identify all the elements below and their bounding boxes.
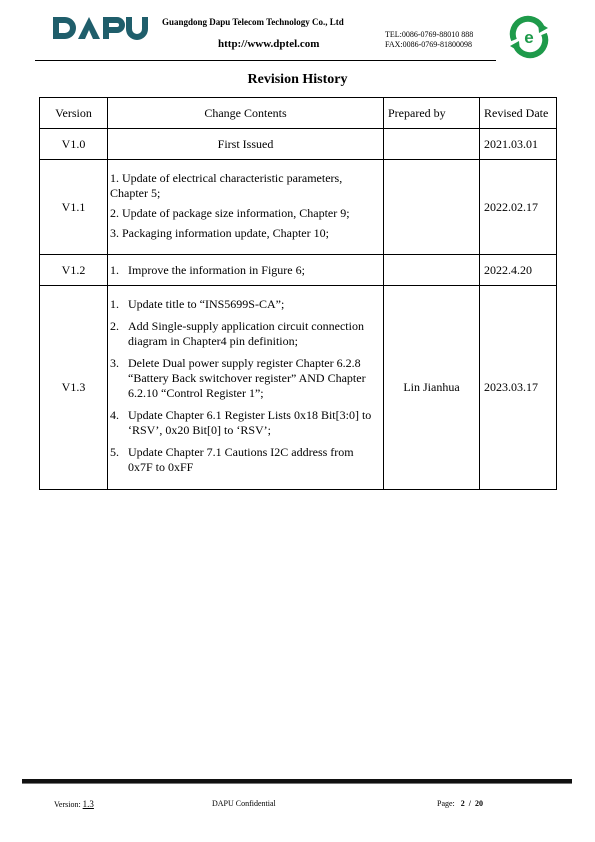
- item-text: Improve the information in Figure 6;: [128, 263, 379, 278]
- changes-cell: 1. Update title to “INS5699S-CA”; 2. Add…: [108, 286, 384, 490]
- version-cell: V1.0: [40, 129, 108, 160]
- item-text: Add Single-supply application circuit co…: [128, 319, 379, 349]
- header-version: Version: [40, 98, 108, 129]
- prepared-by-cell: Lin Jianhua: [384, 286, 480, 490]
- footer-version: Version: 1.3: [54, 799, 94, 809]
- change-item: 2. Add Single-supply application circuit…: [110, 319, 379, 349]
- footer-page-number: Page: 2 / 20: [437, 799, 483, 808]
- page-current: 2: [461, 799, 465, 808]
- revision-history-table: Version Change Contents Prepared by Revi…: [39, 97, 557, 490]
- item-text: Update Chapter 7.1 Cautions I2C address …: [128, 445, 379, 475]
- changes-cell: First Issued: [108, 129, 384, 160]
- change-item: 4. Update Chapter 6.1 Register Lists 0x1…: [110, 408, 379, 438]
- date-cell: 2022.02.17: [480, 160, 557, 255]
- changes-cell: 1. Improve the information in Figure 6;: [108, 255, 384, 286]
- item-number: 3.: [110, 356, 128, 401]
- table-header-row: Version Change Contents Prepared by Revi…: [40, 98, 557, 129]
- item-text: Update Chapter 6.1 Register Lists 0x18 B…: [128, 408, 379, 438]
- header-divider: [35, 60, 496, 61]
- table-row: V1.2 1. Improve the information in Figur…: [40, 255, 557, 286]
- change-item: 3. Delete Dual power supply register Cha…: [110, 356, 379, 401]
- footer-confidential: DAPU Confidential: [212, 799, 276, 808]
- page-title: Revision History: [0, 72, 595, 88]
- version-cell: V1.3: [40, 286, 108, 490]
- contact-info: TEL:0086-0769-88010 888 FAX:0086-0769-81…: [385, 30, 473, 50]
- prepared-by-cell: [384, 160, 480, 255]
- change-item: 1. Update title to “INS5699S-CA”;: [110, 297, 379, 312]
- item-number: 1.: [110, 263, 128, 278]
- change-item: 5. Update Chapter 7.1 Cautions I2C addre…: [110, 445, 379, 475]
- footer-divider: [22, 779, 572, 784]
- change-item: 3. Packaging information update, Chapter…: [110, 226, 379, 241]
- table-row: V1.0 First Issued 2021.03.01: [40, 129, 557, 160]
- item-text: Update title to “INS5699S-CA”;: [128, 297, 379, 312]
- header-revised-date: Revised Date: [480, 98, 557, 129]
- item-number: 4.: [110, 408, 128, 438]
- prepared-by-cell: [384, 129, 480, 160]
- version-label: Version:: [54, 800, 81, 809]
- page-separator: /: [469, 799, 471, 808]
- page-label: Page:: [437, 799, 455, 808]
- version-cell: V1.2: [40, 255, 108, 286]
- version-value: 1.3: [83, 799, 94, 809]
- change-item: 2. Update of package size information, C…: [110, 206, 379, 221]
- header-prepared-by: Prepared by: [384, 98, 480, 129]
- header-change-contents: Change Contents: [108, 98, 384, 129]
- prepared-by-cell: [384, 255, 480, 286]
- tel-number: TEL:0086-0769-88010 888: [385, 30, 473, 40]
- changes-cell: 1. Update of electrical characteristic p…: [108, 160, 384, 255]
- item-number: 2.: [110, 319, 128, 349]
- page-total: 20: [475, 799, 483, 808]
- item-text: Delete Dual power supply register Chapte…: [128, 356, 379, 401]
- version-cell: V1.1: [40, 160, 108, 255]
- fax-number: FAX:0086-0769-81800098: [385, 40, 473, 50]
- e-recycle-icon: e: [506, 14, 552, 60]
- company-url[interactable]: http://www.dptel.com: [218, 38, 319, 50]
- item-number: 1.: [110, 297, 128, 312]
- table-row: V1.3 1. Update title to “INS5699S-CA”; 2…: [40, 286, 557, 490]
- company-name: Guangdong Dapu Telecom Technology Co., L…: [162, 17, 344, 27]
- date-cell: 2021.03.01: [480, 129, 557, 160]
- item-number: 5.: [110, 445, 128, 475]
- svg-text:e: e: [524, 28, 533, 47]
- date-cell: 2023.03.17: [480, 286, 557, 490]
- change-item: 1. Improve the information in Figure 6;: [110, 263, 379, 278]
- table-row: V1.1 1. Update of electrical characteris…: [40, 160, 557, 255]
- date-cell: 2022.4.20: [480, 255, 557, 286]
- change-item: 1. Update of electrical characteristic p…: [110, 171, 379, 201]
- dapu-logo: [52, 14, 150, 42]
